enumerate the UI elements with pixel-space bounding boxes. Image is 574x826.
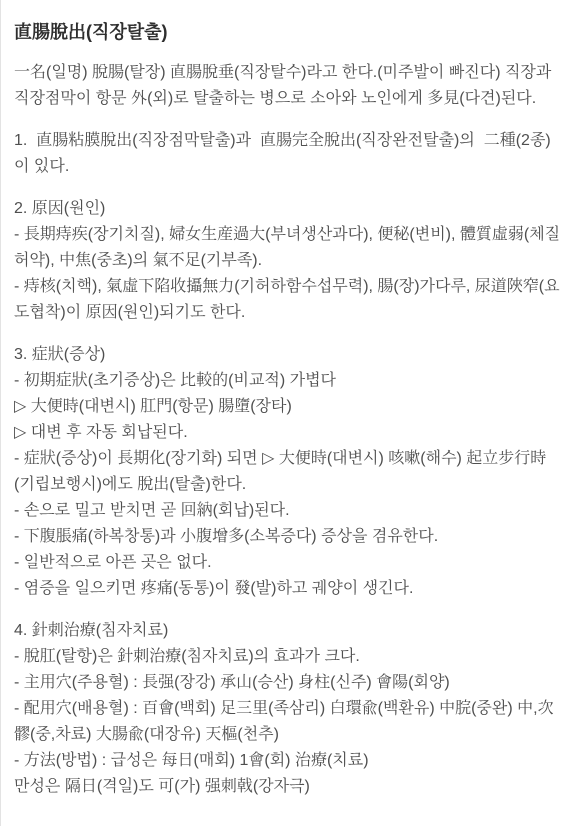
paragraph-types: 1. 直腸粘膜脫出(직장점막탈출)과 直腸完全脫出(직장완전탈출)의 二種(2종… — [14, 128, 562, 180]
section-acupuncture: 4. 針刺治療(침자치료) - 脫肛(탈항)은 針刺治療(침자치료)의 효과가 … — [14, 618, 562, 800]
paragraph-intro: 一名(일명) 脫腸(탈장) 直腸脫垂(직장탈수)라고 한다.(미주발이 빠진다)… — [14, 60, 562, 112]
section-symptoms: 3. 症狀(증상) - 初期症狀(초기증상)은 比較的(비교적) 가볍다 ▷ 大… — [14, 342, 562, 602]
page-title: 直腸脫出(직장탈출) — [14, 19, 562, 45]
section-causes: 2. 原因(원인) - 長期痔疾(장기치질), 婦女生産過大(부녀생산과다), … — [14, 196, 562, 326]
document-page: 直腸脫出(직장탈출) 一名(일명) 脫腸(탈장) 直腸脫垂(직장탈수)라고 한다… — [0, 0, 574, 826]
document-content: 直腸脫出(직장탈출) 一名(일명) 脫腸(탈장) 直腸脫垂(직장탈수)라고 한다… — [1, 0, 574, 800]
